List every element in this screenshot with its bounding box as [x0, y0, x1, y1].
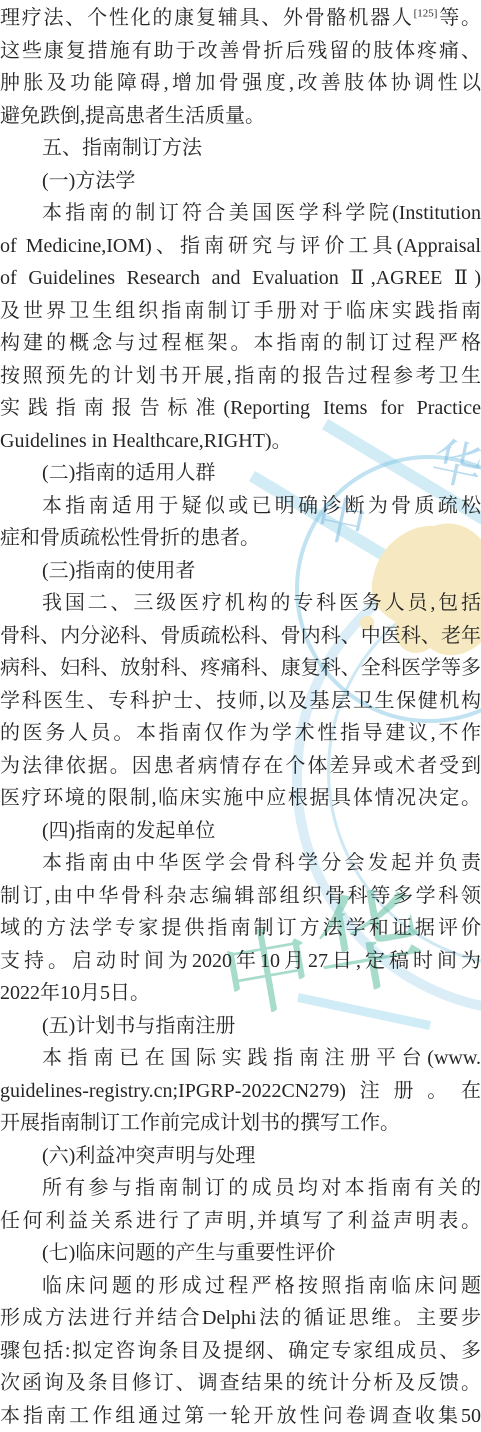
text-line: 理疗法、个性化的康复辅具、外骨骼机器人[125]等。 — [0, 2, 481, 35]
text-line: 骤包括:拟定咨询条目及提纲、确定专家组成员、多 — [0, 1335, 481, 1368]
text-line: 避免跌倒,提高患者生活质量。 — [0, 100, 481, 133]
text-line: of Guidelines Research and Evaluation Ⅱ,… — [0, 262, 481, 295]
text-line: 形成方法进行并结合Delphi法的循证思维。主要步 — [0, 1302, 481, 1335]
text-line: 本指南由中华医学会骨科学分会发起并负责 — [0, 847, 481, 880]
text-line: 域的方法学专家提供指南制订方法学和证据评价 — [0, 912, 481, 945]
text-line: 及世界卫生组织指南制订手册对于临床实践指南 — [0, 295, 481, 328]
text-line: (六)利益冲突声明与处理 — [0, 1140, 481, 1173]
text-line: 任何利益关系进行了声明,并填写了利益声明表。 — [0, 1205, 481, 1238]
text-line: 的医务人员。本指南仅作为学术性指导建议,不作 — [0, 717, 481, 750]
text-line: 学科医生、专科护士、技师,以及基层卫生保健机构 — [0, 685, 481, 718]
text-line: 本指南工作组通过第一轮开放性问卷调查收集50 — [0, 1400, 481, 1432]
text-line: of Medicine,IOM)、指南研究与评价工具(Appraisal — [0, 230, 481, 263]
text-line: 本指南的制订符合美国医学科学院(Institution — [0, 197, 481, 230]
text-line: Guidelines in Healthcare,RIGHT)。 — [0, 425, 481, 458]
text-line: (三)指南的使用者 — [0, 555, 481, 588]
text-line: 开展指南制订工作前完成计划书的撰写工作。 — [0, 1107, 481, 1140]
text-line: 临床问题的形成过程严格按照指南临床问题 — [0, 1270, 481, 1303]
text-line: 本指南适用于疑似或已明确诊断为骨质疏松 — [0, 490, 481, 523]
text-line: 五、指南制订方法 — [0, 132, 481, 165]
text-line: 这些康复措施有助于改善骨折后残留的肢体疼痛、 — [0, 35, 481, 68]
text-line: 肿胀及功能障碍,增加骨强度,改善肢体协调性以 — [0, 67, 481, 100]
text-line: 本指南已在国际实践指南注册平台(www. — [0, 1042, 481, 1075]
journal-page: 华 中 中 华 理疗法、个性化的康复辅具、外骨骼机器人[125]等。这些康复措施… — [0, 0, 481, 1432]
text-line: (一)方法学 — [0, 165, 481, 198]
text-line: 为法律依据。因患者病情存在个体差异或术者受到 — [0, 750, 481, 783]
text-line: 所有参与指南制订的成员均对本指南有关的 — [0, 1172, 481, 1205]
text-line: 医疗环境的限制,临床实施中应根据具体情况决定。 — [0, 782, 481, 815]
text-line: 实践指南报告标准(Reporting Items for Practice — [0, 392, 481, 425]
text-line: 骨科、内分泌科、骨质疏松科、骨内科、中医科、老年 — [0, 620, 481, 653]
text-line: 制订,由中华骨科杂志编辑部组织骨科等多学科领 — [0, 880, 481, 913]
article-text-column: 理疗法、个性化的康复辅具、外骨骼机器人[125]等。这些康复措施有助于改善骨折后… — [0, 0, 481, 1432]
text-line: 2022年10月5日。 — [0, 977, 481, 1010]
text-segment: 理疗法、个性化的康复辅具、外骨骼机器人 — [0, 7, 414, 29]
text-line: (四)指南的发起单位 — [0, 815, 481, 848]
text-line: 病科、妇科、放射科、疼痛科、康复科、全科医学等多 — [0, 652, 481, 685]
text-line: 支持。启动时间为2020年10月27日,定稿时间为 — [0, 945, 481, 978]
text-line: 我国二、三级医疗机构的专科医务人员,包括 — [0, 587, 481, 620]
text-line: (五)计划书与指南注册 — [0, 1010, 481, 1043]
text-line: 按照预先的计划书开展,指南的报告过程参考卫生 — [0, 360, 481, 393]
text-line: guidelines-registry.cn;IPGRP-2022CN279)注… — [0, 1075, 481, 1108]
text-line: 次函询及条目修订、调查结果的统计分析及反馈。 — [0, 1367, 481, 1400]
text-line: 构建的概念与过程框架。本指南的制订过程严格 — [0, 327, 481, 360]
text-line: (二)指南的适用人群 — [0, 457, 481, 490]
text-line: (七)临床问题的产生与重要性评价 — [0, 1237, 481, 1270]
text-line: 症和骨质疏松性骨折的患者。 — [0, 522, 481, 555]
citation-superscript: [125] — [414, 7, 438, 19]
text-segment: 等。 — [437, 7, 481, 29]
